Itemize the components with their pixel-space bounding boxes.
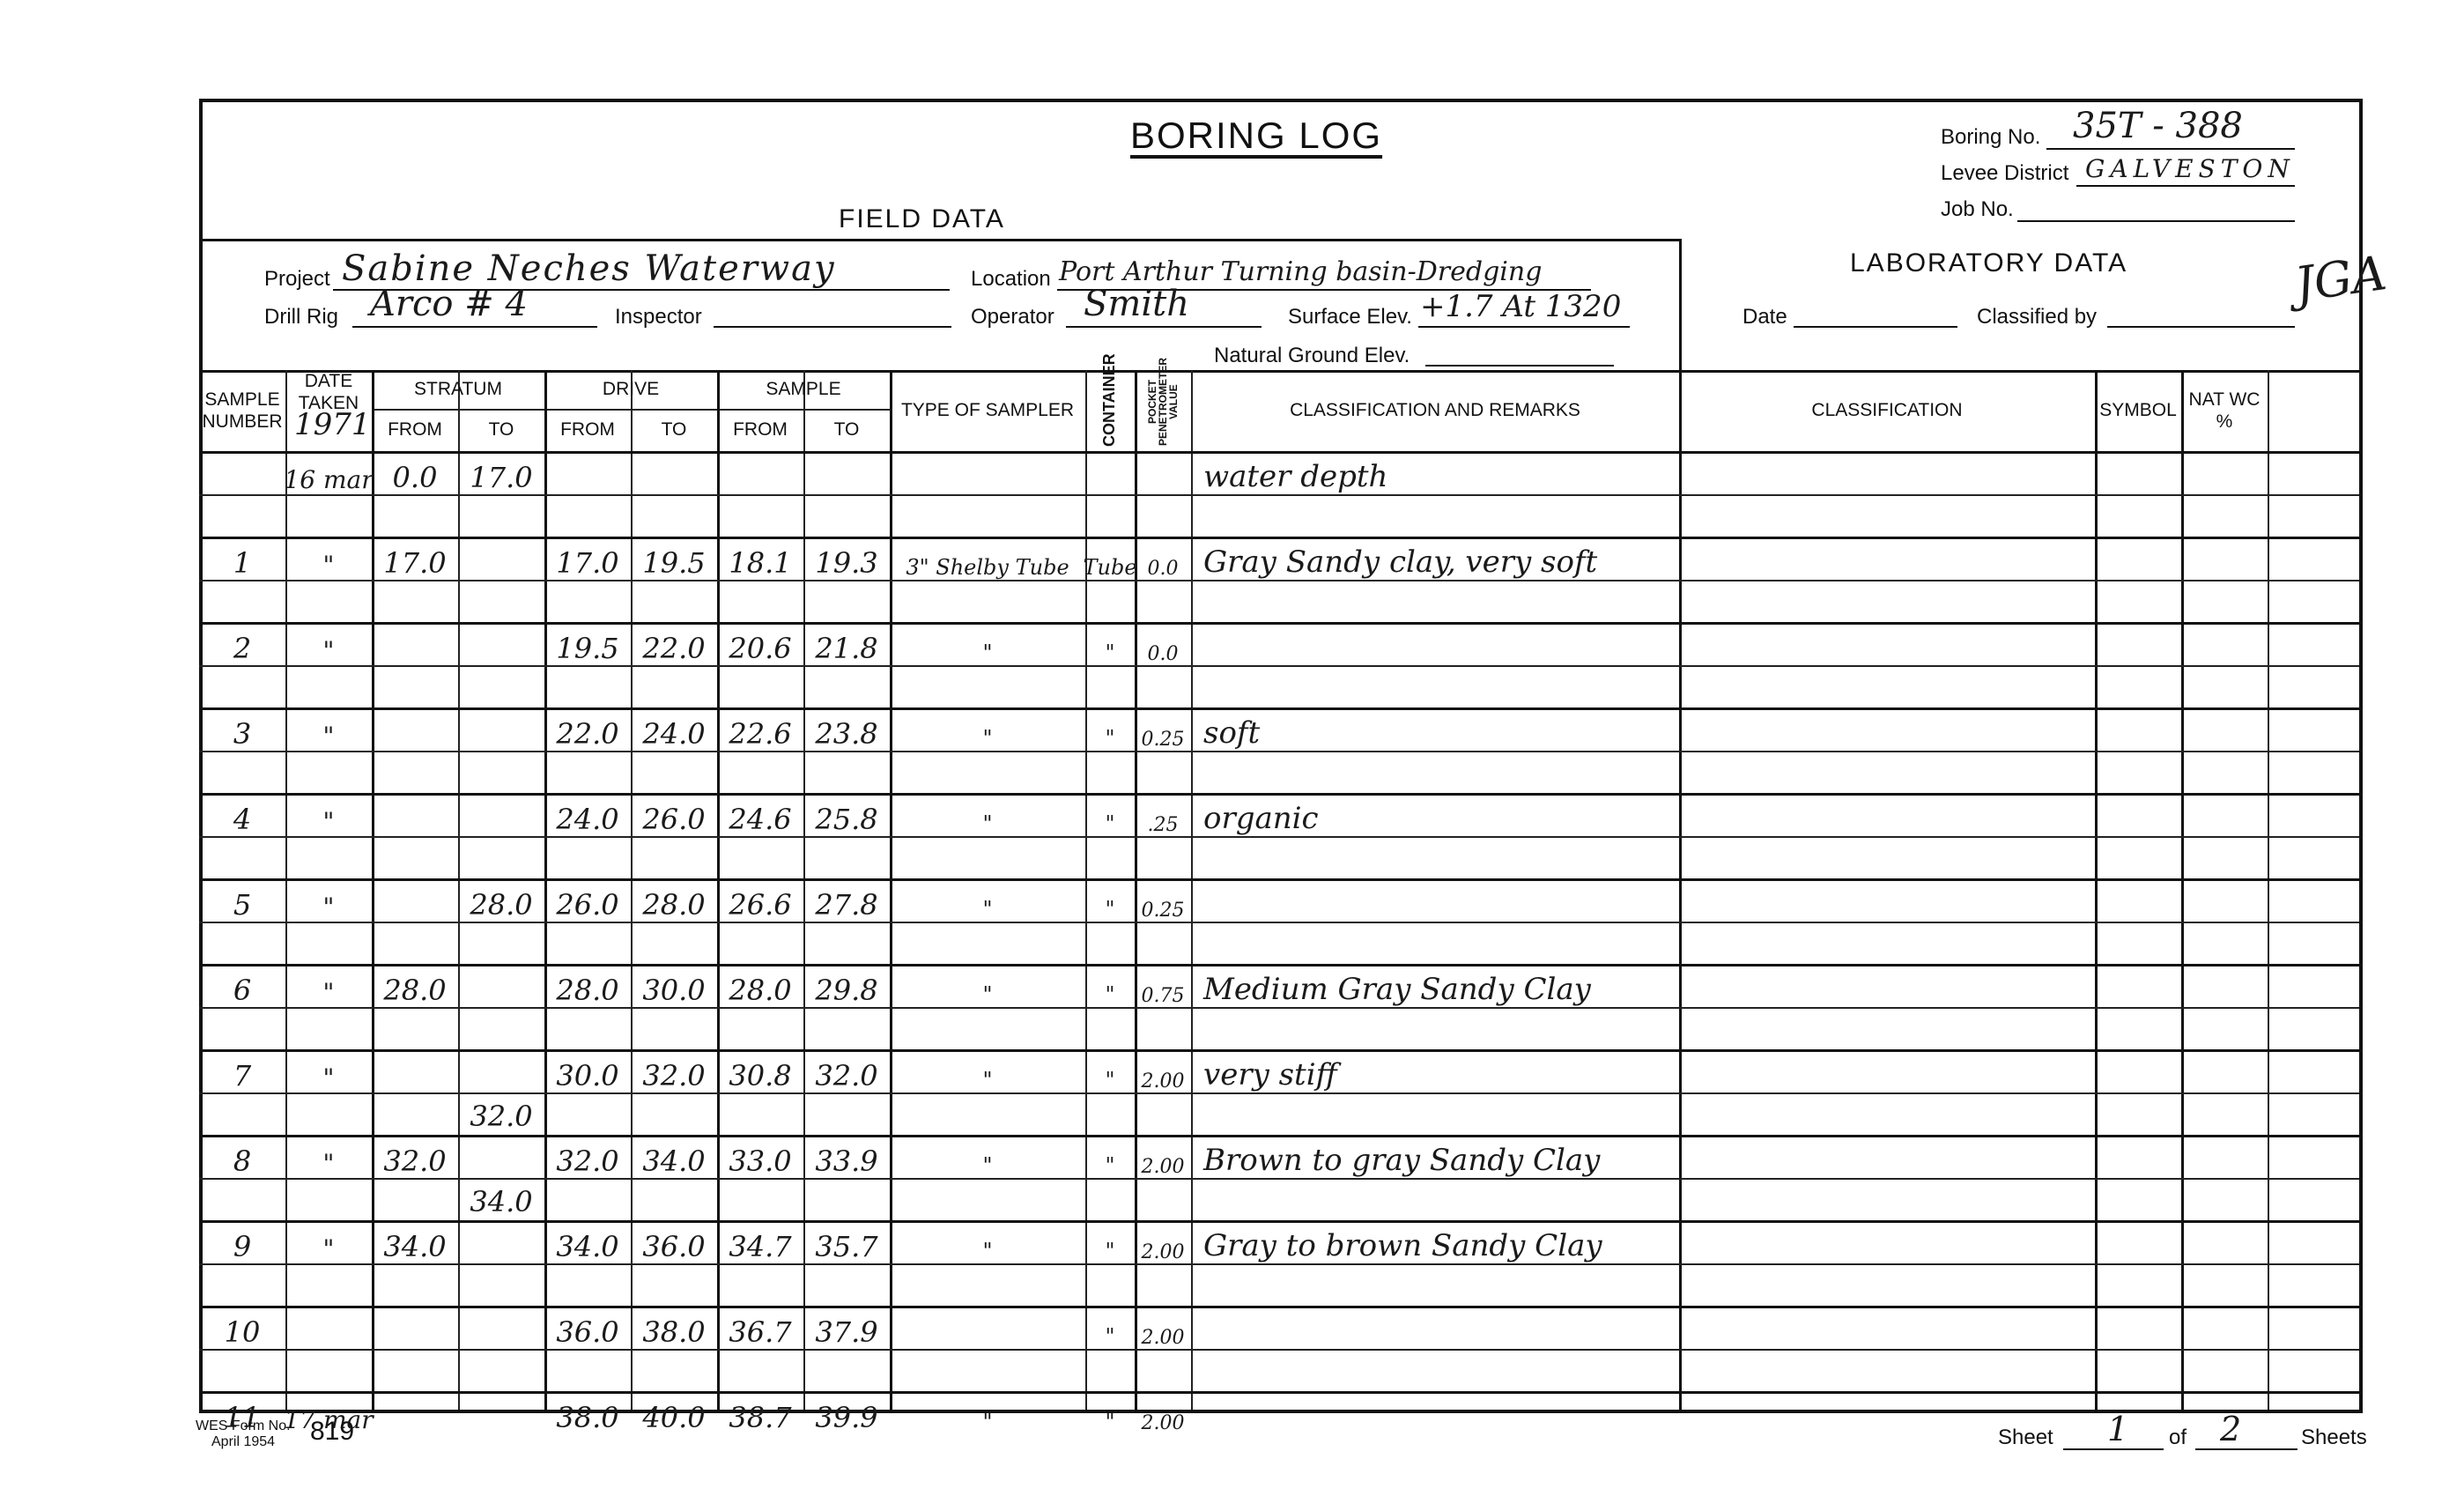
natural-ground-elev-label: Natural Ground Elev. (1214, 344, 1410, 368)
cell-type-of-sampler[interactable]: " (890, 1224, 1085, 1263)
surface-elev-label: Surface Elev. (1288, 305, 1412, 330)
cell-date-taken[interactable]: " (285, 1138, 372, 1178)
sheets-label: Sheets (2301, 1426, 2367, 1450)
cell-stratum-from[interactable]: 28.0 (372, 967, 458, 1007)
cell-remarks[interactable] (1191, 626, 1691, 665)
cell-lab-extra[interactable] (2268, 1220, 2354, 1263)
lab-date-field[interactable] (1794, 291, 1957, 328)
cell-lab-extra[interactable] (2268, 878, 2354, 922)
cell-sample-to[interactable]: 25.8 (803, 796, 890, 836)
cell-type-of-sampler[interactable] (890, 455, 1085, 494)
sheet-label: Sheet (1998, 1426, 2053, 1450)
cell-remarks[interactable]: Gray to brown Sandy Clay (1191, 1224, 1691, 1263)
cell-type-of-sampler[interactable]: 3" Shelby Tube (890, 540, 1085, 580)
cell-stratum-boundary[interactable] (458, 752, 544, 792)
cell-date-taken[interactable]: " (285, 711, 372, 751)
boring-no-label: Boring No. (1941, 125, 2040, 150)
sheet-no-value: 1 (2107, 1410, 2128, 1448)
cell-drive-from[interactable]: 19.5 (544, 626, 631, 665)
cell-drive-to[interactable]: 32.0 (631, 1053, 717, 1092)
cell-drive-from[interactable]: 24.0 (544, 796, 631, 836)
cell-lab-extra[interactable] (2268, 1049, 2354, 1092)
cell-sample-from[interactable] (717, 455, 803, 494)
header-pocket-penetrometer: POCKET PENETROMETER VALUE (1135, 352, 1191, 451)
cell-penetrometer-value[interactable]: .25 (1135, 796, 1191, 836)
cell-lab-symbol[interactable] (2095, 1220, 2181, 1263)
surface-elev-value: +1.7 At 1320 (1420, 289, 1621, 324)
cell-lab-extra[interactable] (2268, 537, 2354, 580)
cell-date-taken[interactable]: " (285, 967, 372, 1007)
cell-stratum-from[interactable]: 17.0 (372, 540, 458, 580)
cell-stratum-boundary[interactable]: 34.0 (458, 1180, 544, 1219)
cell-sample-from[interactable]: 24.6 (717, 796, 803, 836)
cell-drive-to[interactable]: 26.0 (631, 796, 717, 836)
cell-drive-from[interactable]: 38.0 (544, 1395, 631, 1434)
cell-drive-from[interactable]: 32.0 (544, 1138, 631, 1178)
cell-container[interactable]: " (1085, 967, 1135, 1007)
classified-by-field[interactable] (2107, 291, 2295, 328)
cell-lab-extra[interactable] (2268, 707, 2354, 751)
cell-drive-to[interactable]: 38.0 (631, 1309, 717, 1349)
cell-remarks[interactable]: very stiff (1191, 1053, 1691, 1092)
cell-sample-number[interactable]: 5 (199, 882, 285, 922)
cell-stratum-from[interactable]: 0.0 (372, 455, 458, 494)
cell-lab-classification[interactable] (1679, 622, 2095, 665)
cell-stratum-to[interactable] (458, 626, 544, 665)
cell-lab-classification[interactable] (1679, 537, 2095, 580)
operator-value: Smith (1084, 284, 1189, 324)
location-value: Port Arthur Turning basin-Dredging (1059, 256, 1542, 287)
cell-sample-to[interactable]: 23.8 (803, 711, 890, 751)
cell-type-of-sampler[interactable]: " (890, 796, 1085, 836)
cell-lab-symbol[interactable] (2095, 1306, 2181, 1349)
cell-sample-to[interactable]: 21.8 (803, 626, 890, 665)
cell-drive-to[interactable]: 36.0 (631, 1224, 717, 1263)
cell-date-taken[interactable]: " (285, 626, 372, 665)
cell-sample-number[interactable]: 2 (199, 626, 285, 665)
cell-stratum-from[interactable]: 34.0 (372, 1224, 458, 1263)
cell-lab-classification[interactable] (1679, 878, 2095, 922)
cell-container[interactable]: " (1085, 626, 1135, 665)
header-classification-remarks: CLASSIFICATION AND REMARKS (1191, 370, 1679, 451)
drill-rig-field[interactable]: Arco # 4 (352, 287, 597, 328)
cell-sample-from[interactable]: 30.8 (717, 1053, 803, 1092)
of-label: of (2169, 1426, 2187, 1450)
cell-stratum-boundary[interactable] (458, 667, 544, 707)
cell-lab-nat-wc[interactable] (2181, 793, 2268, 836)
cell-stratum-boundary[interactable] (458, 1009, 544, 1048)
cell-remarks[interactable] (1191, 1309, 1691, 1349)
cell-penetrometer-value[interactable]: 0.25 (1135, 882, 1191, 922)
cell-type-of-sampler[interactable]: " (890, 1138, 1085, 1178)
cell-penetrometer-value[interactable]: 0.25 (1135, 711, 1191, 751)
cell-stratum-to[interactable] (458, 967, 544, 1007)
cell-stratum-to[interactable] (458, 711, 544, 751)
cell-sample-from[interactable]: 36.7 (717, 1309, 803, 1349)
operator-label: Operator (971, 305, 1054, 330)
cell-lab-classification[interactable] (1679, 964, 2095, 1007)
header-from: FROM (372, 409, 458, 451)
cell-date-taken[interactable] (285, 1309, 372, 1349)
cell-lab-symbol[interactable] (2095, 537, 2181, 580)
natural-ground-elev-field[interactable] (1425, 328, 1614, 367)
header-drive: DRIVE (544, 370, 717, 409)
inspector-label: Inspector (615, 305, 702, 330)
cell-lab-classification[interactable] (1679, 1306, 2095, 1349)
cell-lab-nat-wc[interactable] (2181, 537, 2268, 580)
cell-lab-nat-wc[interactable] (2181, 1306, 2268, 1349)
cell-date-taken[interactable]: " (285, 882, 372, 922)
cell-sample-to[interactable] (803, 455, 890, 494)
cell-sample-to[interactable]: 37.9 (803, 1309, 890, 1349)
cell-stratum-from[interactable] (372, 1309, 458, 1349)
cell-lab-nat-wc[interactable] (2181, 1135, 2268, 1178)
cell-penetrometer-value[interactable]: 0.75 (1135, 967, 1191, 1007)
cell-drive-to[interactable]: 40.0 (631, 1395, 717, 1434)
levee-district-field[interactable]: GALVESTON (2076, 150, 2295, 187)
cell-stratum-to[interactable]: 17.0 (458, 455, 544, 494)
cell-drive-to[interactable]: 30.0 (631, 967, 717, 1007)
cell-sample-from[interactable]: 20.6 (717, 626, 803, 665)
cell-sample-from[interactable]: 22.6 (717, 711, 803, 751)
cell-sample-from[interactable]: 18.1 (717, 540, 803, 580)
header-nat-wc: NAT WC % (2181, 370, 2268, 451)
header-from: FROM (544, 409, 631, 451)
cell-stratum-from[interactable] (372, 882, 458, 922)
surface-elev-field[interactable]: +1.7 At 1320 (1418, 287, 1630, 328)
cell-sample-from[interactable]: 38.7 (717, 1395, 803, 1434)
cell-stratum-boundary[interactable] (458, 496, 544, 536)
cell-sample-number[interactable]: 1 (199, 540, 285, 580)
cell-lab-classification[interactable] (1679, 1135, 2095, 1178)
cell-drive-to[interactable]: 19.5 (631, 540, 717, 580)
sheet-total-value: 2 (2220, 1410, 2241, 1448)
cell-lab-classification[interactable] (1679, 1220, 2095, 1263)
cell-lab-extra[interactable] (2268, 1306, 2354, 1349)
cell-drive-to[interactable]: 22.0 (631, 626, 717, 665)
cell-lab-classification[interactable] (1679, 707, 2095, 751)
cell-stratum-to[interactable] (458, 1395, 544, 1434)
cell-stratum-boundary[interactable] (458, 923, 544, 963)
cell-date-taken[interactable]: " (285, 1053, 372, 1092)
cell-drive-from[interactable]: 30.0 (544, 1053, 631, 1092)
levee-district-value: GALVESTON (2085, 154, 2295, 183)
cell-stratum-from[interactable]: 32.0 (372, 1138, 458, 1178)
field-data-heading: FIELD DATA (839, 204, 1005, 234)
drill-rig-label: Drill Rig (264, 305, 338, 330)
cell-stratum-to[interactable] (458, 1309, 544, 1349)
cell-sample-to[interactable]: 39.9 (803, 1395, 890, 1434)
cell-lab-extra[interactable] (2268, 793, 2354, 836)
job-no-field[interactable] (2017, 185, 2295, 222)
cell-drive-from[interactable] (544, 455, 631, 494)
cell-drive-from[interactable]: 22.0 (544, 711, 631, 751)
cell-lab-symbol[interactable] (2095, 793, 2181, 836)
cell-lab-nat-wc[interactable] (2181, 707, 2268, 751)
cell-sample-number[interactable]: 7 (199, 1053, 285, 1092)
cell-date-taken[interactable]: " (285, 796, 372, 836)
cell-sample-number[interactable]: 6 (199, 967, 285, 1007)
cell-lab-symbol[interactable] (2095, 451, 2181, 494)
cell-lab-symbol[interactable] (2095, 1135, 2181, 1178)
cell-lab-symbol[interactable] (2095, 622, 2181, 665)
cell-stratum-boundary[interactable]: 32.0 (458, 1094, 544, 1134)
job-no-label: Job No. (1941, 197, 2014, 222)
cell-remarks[interactable]: Medium Gray Sandy Clay (1191, 967, 1691, 1007)
operator-field[interactable]: Smith (1066, 287, 1262, 328)
cell-lab-symbol[interactable] (2095, 1049, 2181, 1092)
cell-stratum-boundary[interactable] (458, 1351, 544, 1390)
cell-drive-to[interactable]: 34.0 (631, 1138, 717, 1178)
cell-container[interactable]: " (1085, 1309, 1135, 1349)
cell-lab-symbol[interactable] (2095, 707, 2181, 751)
location-label: Location (971, 267, 1051, 292)
cell-type-of-sampler[interactable]: " (890, 882, 1085, 922)
cell-sample-number[interactable]: 9 (199, 1224, 285, 1263)
cell-drive-from[interactable]: 36.0 (544, 1309, 631, 1349)
cell-stratum-to[interactable] (458, 1224, 544, 1263)
cell-sample-number[interactable]: 8 (199, 1138, 285, 1178)
year-annotation: 1971 (294, 407, 371, 442)
cell-lab-classification[interactable] (1679, 451, 2095, 494)
form-title: BORING LOG (1130, 115, 1382, 157)
cell-lab-nat-wc[interactable] (2181, 964, 2268, 1007)
cell-lab-symbol[interactable] (2095, 878, 2181, 922)
sheet-no-field[interactable]: 1 (2063, 1413, 2164, 1450)
cell-stratum-to[interactable] (458, 1138, 544, 1178)
cell-stratum-boundary[interactable] (458, 581, 544, 621)
cell-sample-from[interactable]: 33.0 (717, 1138, 803, 1178)
cell-sample-number[interactable]: 4 (199, 796, 285, 836)
cell-type-of-sampler[interactable]: " (890, 1395, 1085, 1434)
cell-container[interactable]: Tube (1085, 540, 1135, 580)
form-number-text: WES Form No. (196, 1418, 291, 1434)
cell-sample-from[interactable]: 26.6 (717, 882, 803, 922)
cell-container[interactable]: " (1085, 1053, 1135, 1092)
cell-remarks[interactable]: water depth (1191, 455, 1691, 494)
cell-sample-to[interactable]: 32.0 (803, 1053, 890, 1092)
cell-sample-number[interactable]: 3 (199, 711, 285, 751)
header-classification: CLASSIFICATION (1679, 370, 2095, 451)
cell-stratum-from[interactable] (372, 1395, 458, 1434)
cell-stratum-from[interactable] (372, 711, 458, 751)
cell-penetrometer-value[interactable]: 2.00 (1135, 1395, 1191, 1434)
header-container: CONTAINER (1085, 349, 1135, 451)
header-stratum: STRATUM (372, 370, 544, 409)
cell-stratum-to[interactable] (458, 540, 544, 580)
cell-stratum-from[interactable] (372, 796, 458, 836)
cell-stratum-to[interactable] (458, 796, 544, 836)
cell-drive-to[interactable]: 28.0 (631, 882, 717, 922)
cell-drive-to[interactable]: 24.0 (631, 711, 717, 751)
header-to: TO (631, 409, 717, 451)
cell-sample-to[interactable]: 33.9 (803, 1138, 890, 1178)
cell-lab-nat-wc[interactable] (2181, 451, 2268, 494)
cell-stratum-boundary[interactable] (458, 838, 544, 878)
boring-no-value: 35T - 388 (2073, 106, 2243, 146)
cell-sample-number[interactable] (199, 455, 285, 494)
cell-remarks[interactable]: Gray Sandy clay, very soft (1191, 540, 1691, 580)
cell-penetrometer-value[interactable]: 2.00 (1135, 1138, 1191, 1178)
cell-type-of-sampler[interactable]: " (890, 967, 1085, 1007)
cell-sample-from[interactable]: 28.0 (717, 967, 803, 1007)
cell-type-of-sampler[interactable]: " (890, 711, 1085, 751)
cell-sample-to[interactable]: 35.7 (803, 1224, 890, 1263)
cell-lab-extra[interactable] (2268, 622, 2354, 665)
project-label: Project (264, 267, 330, 292)
lab-date-label: Date (1743, 305, 1787, 330)
cell-drive-from[interactable]: 26.0 (544, 882, 631, 922)
cell-stratum-boundary[interactable] (458, 411, 544, 450)
cell-sample-to[interactable]: 27.8 (803, 882, 890, 922)
cell-type-of-sampler[interactable] (890, 1309, 1085, 1349)
header-from: FROM (717, 409, 803, 451)
cell-sample-to[interactable]: 19.3 (803, 540, 890, 580)
classified-by-label: Classified by (1977, 305, 2097, 330)
cell-lab-nat-wc[interactable] (2181, 622, 2268, 665)
cell-remarks[interactable] (1191, 1395, 1691, 1434)
cell-date-taken[interactable]: " (285, 1224, 372, 1263)
cell-container[interactable]: " (1085, 711, 1135, 751)
cell-remarks[interactable]: organic (1191, 796, 1691, 836)
sheet-total-field[interactable]: 2 (2195, 1413, 2298, 1450)
form-number-label: WES Form No. April 1954 (196, 1418, 291, 1451)
cell-container[interactable]: " (1085, 1138, 1135, 1178)
inspector-field[interactable] (714, 287, 951, 328)
header-sample-number: SAMPLE NUMBER (199, 370, 285, 451)
drill-rig-value: Arco # 4 (370, 284, 528, 324)
cell-stratum-from[interactable] (372, 626, 458, 665)
cell-sample-number[interactable]: 10 (199, 1309, 285, 1349)
cell-lab-extra[interactable] (2268, 964, 2354, 1007)
boring-no-field[interactable]: 35T - 388 (2046, 113, 2295, 150)
cell-lab-extra[interactable] (2268, 451, 2354, 494)
form-date: April 1954 (196, 1434, 291, 1450)
cell-lab-extra[interactable] (2268, 1135, 2354, 1178)
lab-data-heading: LABORATORY DATA (1850, 248, 2127, 278)
cell-lab-symbol[interactable] (2095, 964, 2181, 1007)
cell-penetrometer-value[interactable]: 0.0 (1135, 540, 1191, 580)
cell-stratum-from[interactable] (372, 1053, 458, 1092)
cell-penetrometer-value[interactable]: 2.00 (1135, 1224, 1191, 1263)
cell-remarks[interactable]: soft (1191, 711, 1691, 751)
header-sample: SAMPLE (717, 370, 890, 409)
cell-lab-nat-wc[interactable] (2181, 878, 2268, 922)
cell-container[interactable]: " (1085, 1224, 1135, 1263)
cell-sample-from[interactable]: 34.7 (717, 1224, 803, 1263)
header-type-of-sampler: TYPE OF SAMPLER (890, 370, 1085, 451)
cell-container[interactable]: " (1085, 1395, 1135, 1434)
cell-container[interactable]: " (1085, 882, 1135, 922)
cell-lab-classification[interactable] (1679, 793, 2095, 836)
cell-lab-nat-wc[interactable] (2181, 1049, 2268, 1092)
cell-date-taken[interactable]: 16 mar (285, 455, 372, 494)
cell-drive-to[interactable] (631, 455, 717, 494)
cell-stratum-boundary[interactable] (458, 1265, 544, 1305)
header-symbol: SYMBOL (2095, 370, 2181, 451)
cell-remarks[interactable]: Brown to gray Sandy Clay (1191, 1138, 1691, 1178)
cell-type-of-sampler[interactable]: " (890, 626, 1085, 665)
initials-signature: JGA (2291, 245, 2390, 313)
cell-stratum-to[interactable] (458, 1053, 544, 1092)
cell-lab-classification[interactable] (1679, 1049, 2095, 1092)
cell-penetrometer-value[interactable] (1135, 455, 1191, 494)
cell-drive-from[interactable]: 28.0 (544, 967, 631, 1007)
cell-lab-nat-wc[interactable] (2181, 1220, 2268, 1263)
cell-penetrometer-value[interactable]: 2.00 (1135, 1053, 1191, 1092)
cell-drive-from[interactable]: 17.0 (544, 540, 631, 580)
form-number: 819 (310, 1417, 354, 1447)
header-to: TO (803, 409, 890, 451)
cell-container[interactable]: " (1085, 796, 1135, 836)
field-box-top (199, 239, 1682, 241)
cell-stratum-to[interactable]: 28.0 (458, 882, 544, 922)
cell-penetrometer-value[interactable]: 0.0 (1135, 626, 1191, 665)
cell-drive-from[interactable]: 34.0 (544, 1224, 631, 1263)
cell-remarks[interactable] (1191, 882, 1691, 922)
cell-container[interactable] (1085, 455, 1135, 494)
cell-penetrometer-value[interactable]: 2.00 (1135, 1309, 1191, 1349)
levee-district-label: Levee District (1941, 161, 2068, 186)
cell-date-taken[interactable]: " (285, 540, 372, 580)
cell-type-of-sampler[interactable]: " (890, 1053, 1085, 1092)
cell-sample-to[interactable]: 29.8 (803, 967, 890, 1007)
